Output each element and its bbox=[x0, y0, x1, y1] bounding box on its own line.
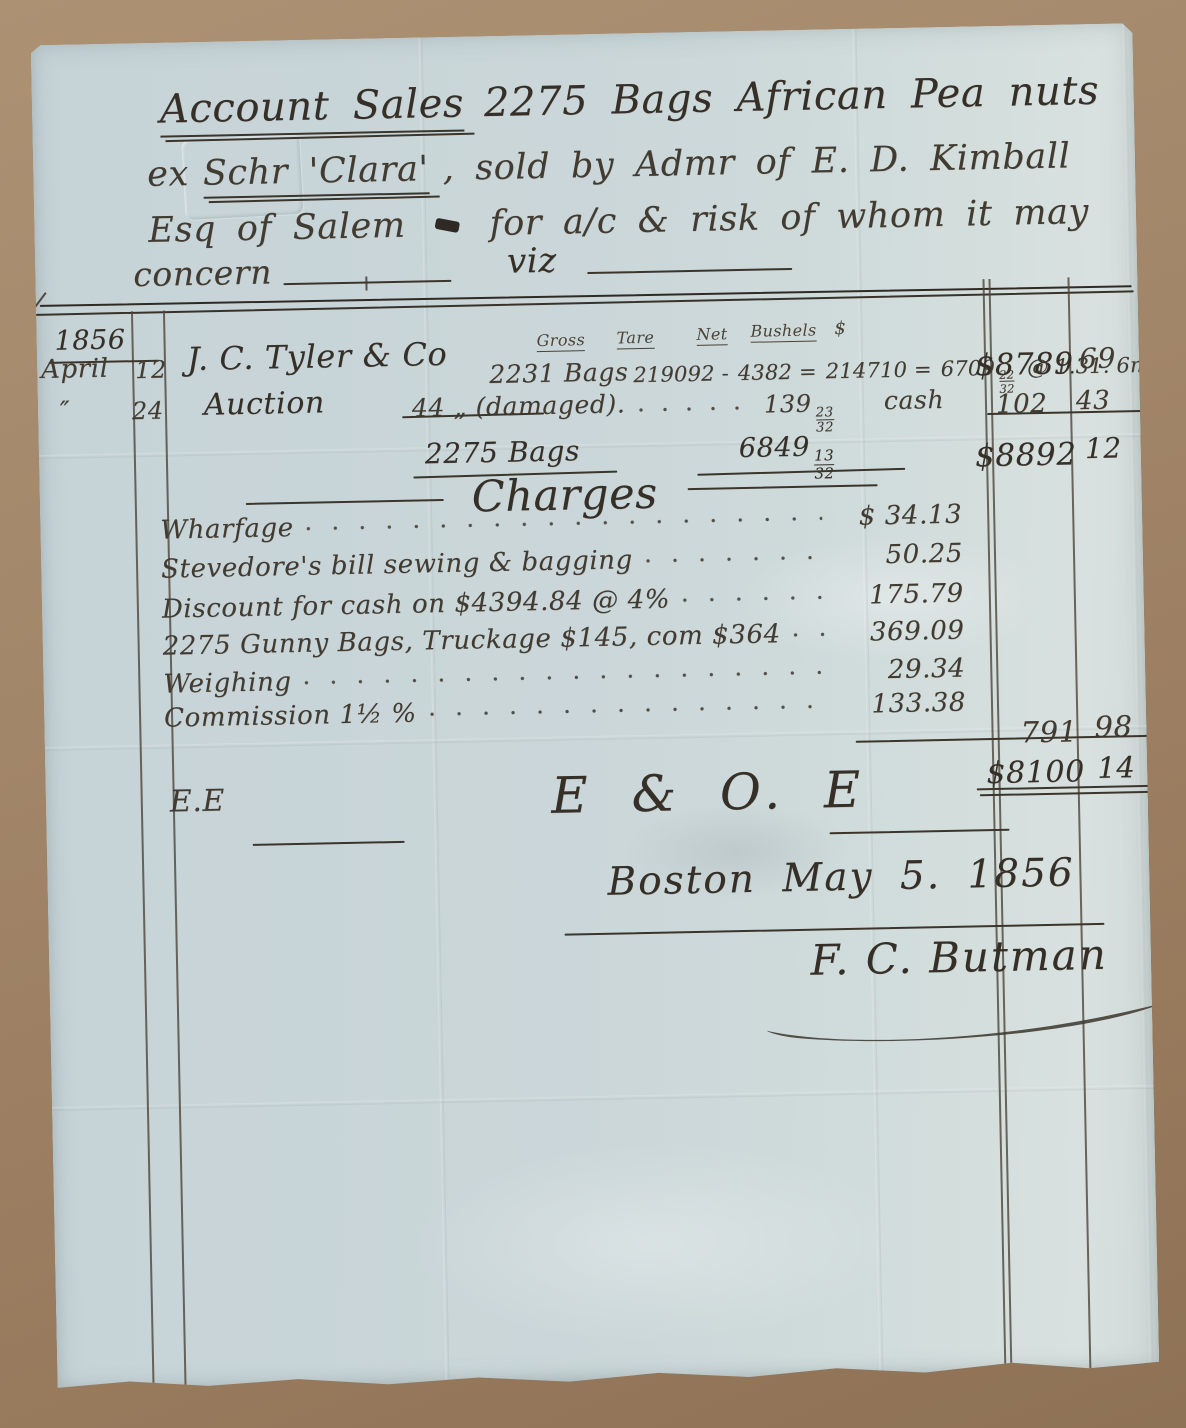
photo-background: { "palette": { "background_cardboard": "… bbox=[0, 0, 1186, 1428]
date-column-rule bbox=[131, 311, 154, 1389]
charge-label: 2275 Gunny Bags, Truckage $145, com $364 bbox=[162, 619, 781, 661]
charge-label: Discount for cash on $4394.84 @ 4% bbox=[162, 584, 671, 624]
eoe-dash-right bbox=[830, 829, 1010, 835]
charge-amount: 133.38 bbox=[838, 688, 967, 721]
col-label-gross: Gross bbox=[536, 330, 585, 352]
col-label-dollars: $ bbox=[834, 318, 846, 340]
header-dash-right bbox=[587, 268, 792, 274]
charge-amount: 29.34 bbox=[837, 654, 966, 687]
vessel-name-underlined: Schr 'Clara' bbox=[202, 149, 429, 199]
charge-amount: $ 34.13 bbox=[834, 500, 963, 533]
row1-party: J. C. Tyler & Co bbox=[187, 335, 448, 378]
row2-terms: cash bbox=[884, 385, 945, 415]
col-label-bushels: Bushels bbox=[750, 320, 817, 342]
dot-leader bbox=[429, 699, 827, 719]
dot-leader bbox=[682, 590, 824, 605]
grand-total-double-rule-2 bbox=[980, 790, 1172, 796]
header-salem: Esq of Salem bbox=[148, 206, 406, 251]
charge-label: Commission 1½ % bbox=[164, 699, 417, 734]
total-amount-dollars: $8892 bbox=[975, 436, 1077, 474]
header-cross-mark bbox=[365, 276, 367, 290]
row1-net: 214710 = bbox=[826, 357, 933, 383]
errors-omissions-excepted: E & O. E bbox=[438, 758, 979, 827]
eoe-dash-left bbox=[253, 841, 405, 846]
row1-day: 12 bbox=[135, 356, 167, 385]
photo-scene: Account Sales 2275 Bags African Pea nuts… bbox=[0, 0, 1186, 1428]
row1-quantity: 2231 Bags bbox=[489, 357, 629, 389]
charge-row: Stevedore's bill sewing & bagging 50.25 bbox=[161, 539, 963, 585]
charge-label: Wharfage bbox=[160, 513, 294, 546]
errors-excepted-small: E.E bbox=[169, 783, 225, 819]
signature: F. C. Butman bbox=[749, 929, 1170, 986]
signature-flourish bbox=[756, 994, 1177, 1050]
ink-blot bbox=[435, 217, 461, 232]
row2-party: Auction bbox=[203, 385, 325, 422]
charge-amount: 175.79 bbox=[836, 579, 965, 612]
col-label-net: Net bbox=[696, 324, 728, 346]
row2-month-ditto: ″ bbox=[60, 396, 71, 426]
charges-subtotal-cents: 98 bbox=[1094, 709, 1133, 744]
row2-day: 24 bbox=[132, 397, 164, 426]
charge-amount: 50.25 bbox=[835, 539, 964, 572]
row2-quantity: 44 „ (damaged). bbox=[412, 389, 626, 422]
charge-label: Weighing bbox=[163, 667, 292, 700]
charge-amount: 369.09 bbox=[836, 616, 965, 649]
header-line2-rest: , sold by Admr of E. D. Kimball bbox=[442, 136, 1071, 189]
header-viz: viz bbox=[507, 241, 558, 282]
header-concern: concern bbox=[133, 252, 273, 294]
day-column-rule bbox=[163, 311, 186, 1389]
dot-leader bbox=[303, 665, 825, 687]
place-date-line: Boston May 5. 1856 bbox=[607, 850, 1075, 904]
row2-bushels: 1392332 bbox=[764, 389, 835, 437]
total-quantity: 2275 Bags bbox=[425, 434, 581, 470]
total-bushels: 68491332 bbox=[739, 431, 835, 483]
header-ex: ex bbox=[147, 154, 189, 195]
dot-leader bbox=[645, 550, 823, 566]
row1-month: April bbox=[41, 354, 109, 385]
col-label-tare: Tare bbox=[616, 328, 654, 350]
total-amount-cents: 12 bbox=[1085, 431, 1122, 465]
charges-dash-left bbox=[246, 499, 444, 505]
charge-label: Stevedore's bill sewing & bagging bbox=[161, 545, 633, 584]
charges-dash-right bbox=[688, 484, 878, 490]
header-risk-clause: for a/c & risk of whom it may bbox=[489, 192, 1089, 244]
document-paper: Account Sales 2275 Bags African Pea nuts… bbox=[31, 23, 1160, 1393]
charge-row: 2275 Gunny Bags, Truckage $145, com $364… bbox=[162, 616, 964, 662]
row1-tare: 4382 = bbox=[738, 359, 817, 385]
header-title-rest: 2275 Bags African Pea nuts bbox=[484, 68, 1100, 126]
dot-leader bbox=[793, 627, 825, 640]
dot-leader bbox=[306, 511, 823, 533]
charges-subtotal-dollars: 791 bbox=[1020, 714, 1078, 749]
row1-amount-dollars: $8789 bbox=[975, 346, 1074, 383]
grand-total-cents: 14 bbox=[1097, 750, 1136, 785]
horizontal-fold-crease bbox=[52, 1085, 1154, 1111]
row2-dot-leader bbox=[638, 403, 754, 415]
table-year: 1856 bbox=[54, 324, 126, 356]
paper-edge-crease bbox=[1122, 23, 1153, 1371]
row2-amount-dollars: 102 bbox=[996, 389, 1048, 420]
header-title-underlined: Account Sales bbox=[159, 81, 464, 138]
header-line1: Account Sales 2275 Bags African Pea nuts bbox=[159, 68, 1099, 138]
row1-gross: 219092 - bbox=[633, 361, 729, 387]
row1-amount-cents: 69 bbox=[1079, 341, 1116, 375]
